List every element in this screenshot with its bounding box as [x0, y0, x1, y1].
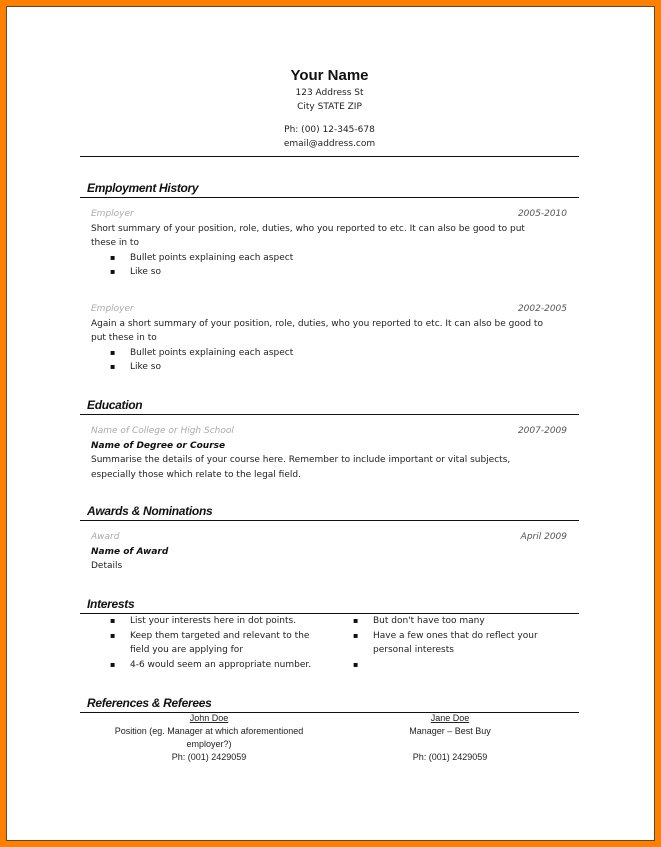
applicant-name: Your Name	[80, 66, 579, 86]
resume-page: Your Name 123 Address St City STATE ZIP …	[0, 0, 661, 847]
award-entry: Award April 2009 Name of Award Details	[91, 530, 567, 574]
degree-name: Name of Degree or Course	[91, 439, 567, 454]
reference-2: Jane Doe Manager – Best Buy Ph: (001) 24…	[350, 712, 550, 764]
reference-name: Jane Doe	[350, 712, 550, 725]
section-title-references: References & Referees	[87, 696, 211, 710]
reference-1: John Doe Position (eg. Manager at which …	[100, 712, 318, 764]
reference-phone: Ph: (001) 2429059	[100, 751, 318, 764]
section-title-interests: Interests	[87, 597, 134, 611]
email: email@address.com	[80, 137, 579, 151]
reference-position: Position (eg. Manager at which aforement…	[100, 725, 318, 751]
education-divider	[80, 414, 579, 415]
section-title-employment: Employment History	[87, 181, 198, 195]
employment-divider	[80, 197, 579, 198]
award-label: Award	[91, 530, 567, 545]
bullet-item: Like so	[91, 265, 567, 280]
interest-item: Have a few ones that do reflect your per…	[334, 629, 567, 658]
interests-column-right: But don't have too many Have a few ones …	[334, 614, 567, 672]
bullet-item: Bullet points explaining each aspect	[91, 346, 567, 361]
interest-item: 4-6 would seem an appropriate number.	[91, 658, 331, 673]
employer-label: Employer	[91, 302, 567, 317]
education-details: Summarise the details of your course her…	[91, 453, 567, 482]
employment-summary: Again a short summary of your position, …	[91, 317, 567, 346]
awards-divider	[80, 520, 579, 521]
education-entry: Name of College or High School 2007-2009…	[91, 424, 567, 482]
employment-entry-1: Employer 2005-2010 Short summary of your…	[91, 207, 567, 280]
reference-name: John Doe	[100, 712, 318, 725]
interests-column-left: List your interests here in dot points. …	[91, 614, 331, 672]
award-date: April 2009	[521, 530, 567, 545]
header-divider	[80, 156, 579, 157]
education-dates: 2007-2009	[518, 424, 567, 439]
employment-bullets: Bullet points explaining each aspect Lik…	[91, 346, 567, 375]
phone: Ph: (00) 12-345-678	[80, 123, 579, 137]
interest-item: Keep them targeted and relevant to the f…	[91, 629, 331, 658]
award-name: Name of Award	[91, 545, 567, 560]
address-line-1: 123 Address St	[80, 86, 579, 100]
resume-header: Your Name 123 Address St City STATE ZIP …	[80, 66, 579, 151]
bullet-item: Bullet points explaining each aspect	[91, 251, 567, 266]
interest-item: List your interests here in dot points.	[91, 614, 331, 629]
award-details: Details	[91, 559, 567, 574]
employment-entry-2: Employer 2002-2005 Again a short summary…	[91, 302, 567, 375]
reference-phone: Ph: (001) 2429059	[350, 751, 550, 764]
institution-label: Name of College or High School	[91, 424, 567, 439]
employment-bullets: Bullet points explaining each aspect Lik…	[91, 251, 567, 280]
employer-label: Employer	[91, 207, 567, 222]
employment-dates: 2005-2010	[518, 207, 567, 222]
section-title-education: Education	[87, 398, 142, 412]
bullet-item: Like so	[91, 360, 567, 375]
address-line-2: City STATE ZIP	[80, 100, 579, 114]
reference-position: Manager – Best Buy	[350, 725, 550, 738]
interest-item: But don't have too many	[334, 614, 567, 629]
employment-dates: 2002-2005	[518, 302, 567, 317]
section-title-awards: Awards & Nominations	[87, 504, 212, 518]
interest-item	[334, 658, 567, 673]
employment-summary: Short summary of your position, role, du…	[91, 222, 567, 251]
